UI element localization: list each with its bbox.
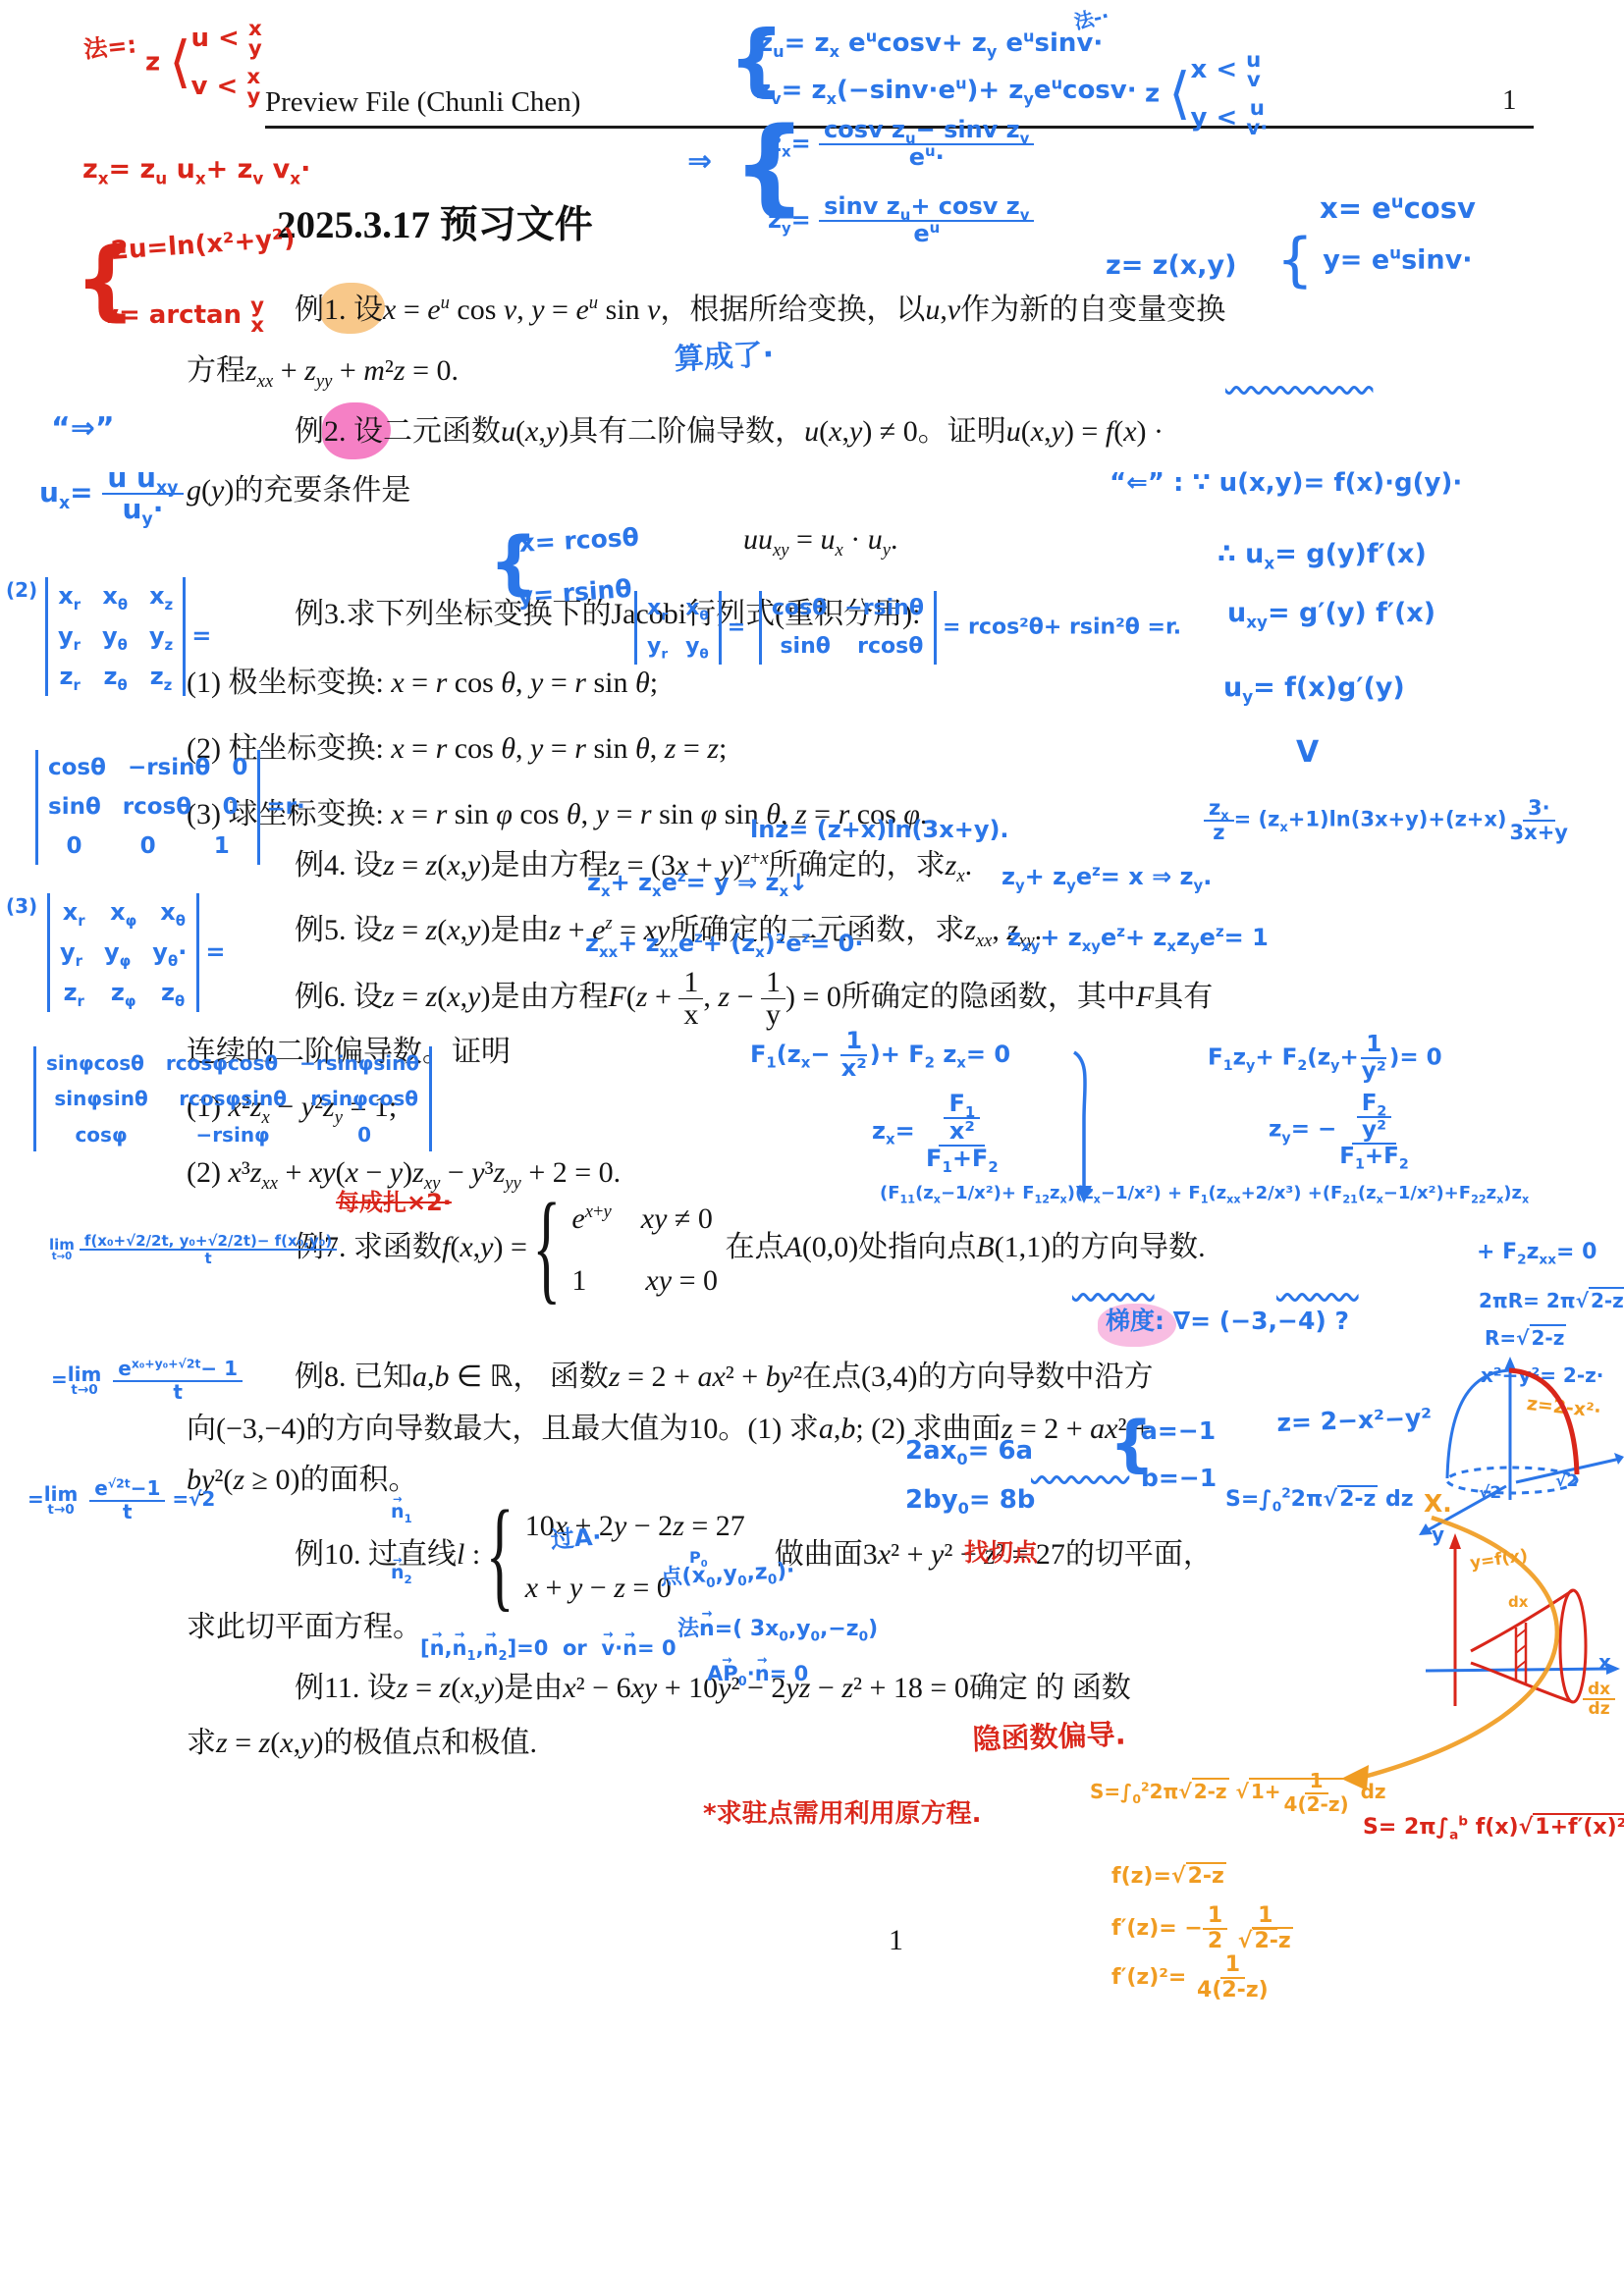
blue-ex6-second-deriv: (F11(zx−1/x²)+ F12zx)(zx−1/x²) + F1(zxx+…: [880, 1184, 1529, 1203]
blue-sqrt2-right: √2: [1555, 1472, 1578, 1491]
orange-x-mark: X.: [1424, 1490, 1452, 1518]
blue-n1-vec: n1: [391, 1502, 412, 1522]
red-implicit-partial: 隐函数偏导.: [972, 1719, 1126, 1756]
orange-curve-label: y=f(x): [1469, 1547, 1529, 1574]
blue-polar-x: x= rcosθ: [518, 524, 639, 558]
ex10-line: 例10. 过直线l : 10x + 2y − 2z = 27x + y − z …: [295, 1507, 1213, 1607]
red-v-def: v= arctan yx: [102, 296, 264, 335]
blue-zv-eq: zv= zx(−sinv·eu)+ zyeucosv·: [756, 77, 1137, 105]
orange-dxdz: dxdz: [1583, 1681, 1615, 1719]
blue-lim-step2: =limt→0 ex₀+y₀+√2t− 1t: [51, 1359, 243, 1403]
blue-iff-note: “⇐” : ∵ u(x,y)= f(x)·g(y)·: [1110, 469, 1462, 498]
horn-bottom-curve: [1471, 1663, 1573, 1702]
blue-uy-eq: uy= f(x)g′(y): [1223, 673, 1405, 703]
blue-ex6-fy: F1zy+ F2(zy+1y²)= 0: [1208, 1033, 1442, 1084]
red-tree-z-uv: z ⟨u < xyv < xy: [145, 20, 262, 106]
red-S-revolution-formula: S= 2π∫ab f(x)√1+f′(x)² dx: [1363, 1816, 1624, 1841]
blue-scribble-topright: 法-·: [1072, 5, 1111, 33]
y-axis-arrowhead: [1614, 1453, 1624, 1465]
blue-S-integral-wrong: S=∫022π√2-z dz: [1225, 1488, 1414, 1513]
red-chain-rule: zx= zu ux+ zv vx·: [82, 155, 310, 185]
blue-done-note: 算成了·: [674, 339, 775, 377]
blue-AP0-dot-n: AP0·n= 0: [707, 1663, 808, 1686]
ex1-line1: 例1. 设x = eu cos v, y = eu sin v，根据所给变换，以…: [295, 291, 1225, 329]
blue-jacobi-2x2: xrxθyryθ= cosθ−rsinθsinθrcosθ= rcos²θ+ r…: [628, 591, 1181, 665]
red-strike-note: 每成扎×2·: [336, 1190, 452, 1216]
blue-det3-sph-values: sinφcosθrcosφcosθ−rsinφsinθsinφsinθrcosφ…: [27, 1046, 438, 1151]
blue-ux-frac: ux= u uxyuy·: [39, 463, 184, 524]
document-page: Preview File (Chunli Chen) 1 2025.3.17 预…: [0, 0, 1624, 2296]
blue-ex6-zy: zy= −F2y²F1+F2: [1269, 1092, 1412, 1168]
vertical-axis-arrowhead: [1449, 1533, 1461, 1549]
x-axis-arrowhead: [1419, 1523, 1433, 1535]
blue-det3-cyl-label: (2): [6, 579, 37, 601]
blue-a-value: a=−1: [1141, 1417, 1216, 1445]
orange-dx-label: dx: [1508, 1594, 1528, 1611]
blue-wavy-ex1: [1225, 363, 1373, 390]
blue-fig2-x-label: x: [1598, 1651, 1611, 1673]
ex2-line2: g(y)的充要条件是: [187, 471, 410, 509]
blue-lim-step3: =limt→0 e√2t−1t =√2: [27, 1478, 215, 1522]
blue-fig2-y-label: y: [1432, 1523, 1444, 1545]
blue-det3-cyl-values: cosθ−rsinθ0sinθrcosθ0001=r·: [29, 750, 305, 865]
blue-tangent-point: 点(x0,y0,z0)·: [660, 1560, 795, 1591]
blue-wavy-pointA: [1072, 1270, 1155, 1297]
blue-sqrt2-left: √2: [1479, 1484, 1501, 1503]
blue-2by0: 2by0= 8b: [905, 1486, 1035, 1515]
ex1-line2: 方程zxx + zyy + m²z = 0.: [187, 351, 459, 390]
ex10-line2: 求此切平面方程。: [187, 1608, 422, 1646]
ex11-line2: 求z = z(x,y)的极值点和极值.: [187, 1724, 537, 1762]
horizontal-axis: [1426, 1669, 1610, 1671]
ex6-line1: 例6. 设z = z(x,y)是由方程F(z + 1x, z − 1y) = 0…: [295, 967, 1213, 1032]
ex8-line1: 例8. 已知a,b ∈ ℝ， 函数z = 2 + ax² + by²在点(3,4…: [295, 1358, 1154, 1396]
orange-fz-prime: f′(z)= −12 1√2-z: [1111, 1904, 1296, 1953]
blue-b-value: b=−1: [1141, 1465, 1217, 1492]
dx-strip-hatch: [1516, 1629, 1526, 1669]
blue-ux-eq: ∴ ux= g(y)f′(x): [1218, 540, 1427, 569]
ex2-display-eq: uuxy = ux · uy.: [743, 520, 897, 559]
blue-2ax0: 2ax0= 6a: [905, 1437, 1033, 1466]
blue-ex4-zx: zxz= (zx+1)ln(3x+y)+(z+x)3·3x+y: [1204, 797, 1571, 843]
blue-2piR: 2πR= 2π√2-z: [1479, 1290, 1624, 1311]
blue-wavy-max10: [1031, 1453, 1129, 1479]
orange-fz: f(z)=√2-z: [1111, 1865, 1226, 1890]
blue-tree-z-xy: z ⟨x < uvy < uv·: [1145, 51, 1268, 137]
blue-surface-eq: z= 2−x²−y²: [1276, 1404, 1433, 1436]
blue-normal-vec: 法n=( 3x0,y0,−z0): [677, 1618, 878, 1642]
blue-R-eq: R=√2-z: [1485, 1327, 1566, 1349]
blue-wavy-pointB: [1276, 1270, 1359, 1297]
blue-n2-vec: n2: [391, 1563, 412, 1583]
blue-lim-step1: limt→0f(x₀+√2/2t, y₀+√2/2t)− f(x₀,y₀)t: [49, 1233, 337, 1266]
blue-det3-sph-label: (3): [6, 895, 37, 917]
blue-ex6-continuation: + F2zxx= 0: [1477, 1241, 1597, 1265]
blue-ex5-zx: zx+ zxez= y ⇒ zx↓: [587, 870, 808, 896]
blue-ex6-zx: zx= F1x²F1+F2: [872, 1092, 1001, 1172]
blue-implies-arrow: ⇒: [687, 145, 712, 179]
blue-circle-eq: x²+y²= 2-z·: [1481, 1364, 1603, 1386]
red-u-def: 2u=ln(x²+y²): [110, 225, 296, 266]
blue-ex4-lnz: lnz= (z+x)ln(3x+y).: [750, 817, 1009, 843]
header-title: Preview File (Chunli Chen): [265, 86, 580, 119]
ex3-item1: (1) 极坐标变换: x = r cos θ, y = r sin θ;: [187, 664, 658, 702]
blue-ex6-fx: F1(zx− 1x²)+ F2 zx= 0: [750, 1029, 1010, 1082]
page-number-top: 1: [1502, 84, 1517, 117]
blue-det3-sph-symbolic: xrxφxθyryφyθ·zrzφzθ=: [41, 893, 225, 1012]
ex8-line3: by²(z ≥ 0)的面积。: [187, 1461, 417, 1499]
blue-gradient-note: 梯度: ∇= (−3,−4) ?: [1106, 1308, 1349, 1335]
blue-det3-cyl-symbolic: xrxθxzyryθyzzrzθzz=: [39, 577, 211, 696]
blue-via-A: 过A·: [550, 1523, 602, 1553]
blue-z-of-xy: z= z(x,y): [1106, 251, 1236, 281]
page-number-bottom: 1: [889, 1924, 903, 1957]
blue-ex5-zxx: zxx+ zxxez+ (zx)²ez= 0·: [585, 931, 864, 957]
blue-check-v: V: [1296, 736, 1319, 770]
ex6-down-arrow: [1074, 1052, 1092, 1203]
blue-zy-solved: zy= sinv zu+ cosv zveu: [768, 194, 1034, 247]
ex2-line1: 例2. 设二元函数u(x,y)具有二阶偏导数，u(x,y) ≠ 0。证明u(x,…: [295, 412, 1164, 451]
blue-zx-solved: zx= cosv zu− sinv zveu·: [768, 118, 1034, 171]
red-scribble-topleft: 法=:: [82, 31, 137, 63]
orange-fz-prime-sq: f′(z)²= 14(2-z): [1111, 1953, 1272, 2002]
orange-parabola-label: z=2-x²·: [1526, 1394, 1602, 1422]
orange-S-integral-correct: S=∫022π√2-z √1+14(2-z) dz: [1090, 1771, 1386, 1815]
blue-quote-implies: “⇒”: [51, 412, 115, 446]
blue-ex5-zxy: zxy+ zxyez+ zxzyez= 1: [1007, 925, 1269, 951]
blue-zu-eq: zu= zx eucosv+ zy eusinv·: [758, 29, 1103, 58]
blue-y-def: { y= eusinv·: [1276, 238, 1472, 285]
blue-x-def: x= eucosv: [1320, 192, 1476, 224]
red-stationary-note: *求驻点需用利用原方程.: [703, 1800, 981, 1829]
blue-ex5-zy: zy+ zyez= x ⇒ zy.: [1001, 864, 1212, 890]
dx-strip: [1516, 1623, 1526, 1684]
red-find-tangent-point: 找切点: [964, 1539, 1038, 1567]
blue-uxy-eq: uxy= g′(y) f′(x): [1227, 599, 1435, 628]
document-title: 2025.3.17 预习文件: [277, 194, 593, 249]
blue-mixed-product: [n,n1,n2]=0 or v·n= 0: [420, 1637, 677, 1661]
